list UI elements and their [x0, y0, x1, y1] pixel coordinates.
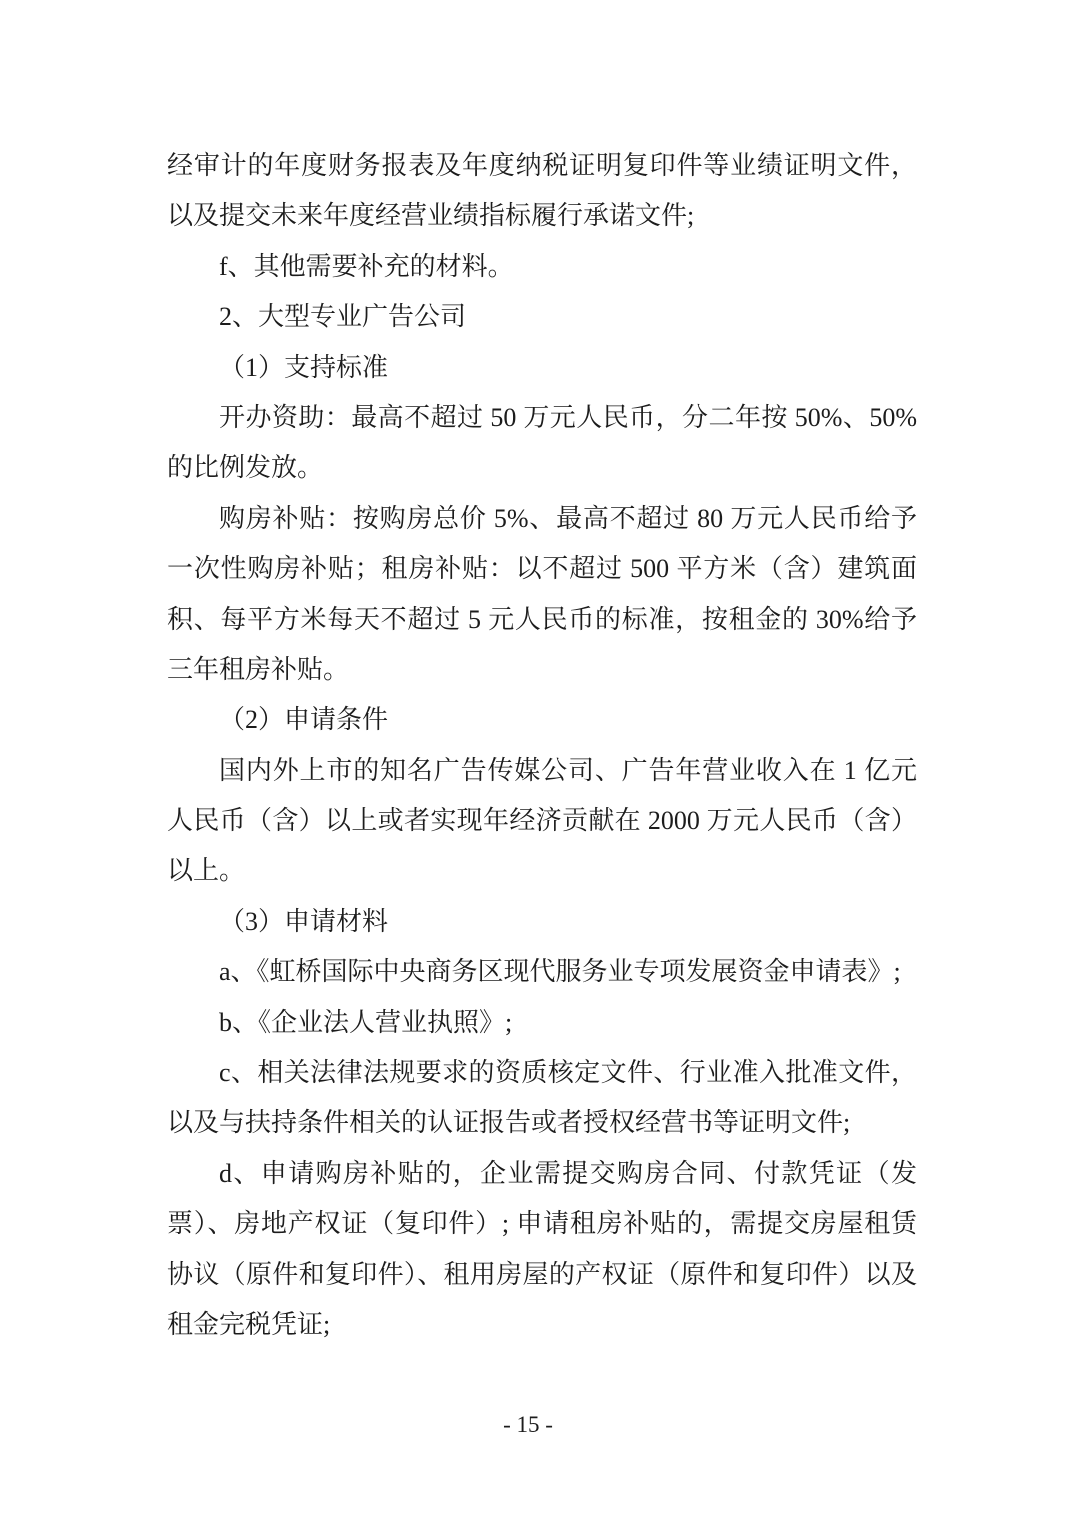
text-line: 经审计的年度财务报表及年度纳税证明复印件等业绩证明文件， — [167, 141, 917, 191]
text-line: 的比例发放。 — [167, 443, 917, 493]
text-line: 三年租房补贴。 — [167, 645, 917, 695]
text-line: 人民币（含）以上或者实现年经济贡献在 2000 万元人民币（含） — [167, 796, 917, 846]
text-line: （2）申请条件 — [167, 695, 917, 745]
text-line: 一次性购房补贴；租房补贴：以不超过 500 平方米（含）建筑面 — [167, 544, 917, 594]
text-line: a、《虹桥国际中央商务区现代服务业专项发展资金申请表》; — [167, 947, 917, 997]
text-line: 票）、房地产权证（复印件）; 申请租房补贴的，需提交房屋租赁 — [167, 1199, 917, 1249]
text-line: 以及与扶持条件相关的认证报告或者授权经营书等证明文件; — [167, 1098, 917, 1148]
text-line: 国内外上市的知名广告传媒公司、广告年营业收入在 1 亿元 — [167, 746, 917, 796]
text-line: 租金完税凭证; — [167, 1300, 917, 1350]
text-line: （3）申请材料 — [167, 897, 917, 947]
text-line: 开办资助：最高不超过 50 万元人民币，分二年按 50%、50% — [167, 393, 917, 443]
document-body: 经审计的年度财务报表及年度纳税证明复印件等业绩证明文件，以及提交未来年度经营业绩… — [167, 141, 917, 1350]
text-line: 购房补贴：按购房总价 5%、最高不超过 80 万元人民币给予 — [167, 494, 917, 544]
text-line: b、《企业法人营业执照》; — [167, 998, 917, 1048]
text-line: 2、大型专业广告公司 — [167, 292, 917, 342]
text-line: d、申请购房补贴的，企业需提交购房合同、付款凭证（发 — [167, 1149, 917, 1199]
text-line: 协议（原件和复印件）、租用房屋的产权证（原件和复印件）以及 — [167, 1250, 917, 1300]
text-line: 积、每平方米每天不超过 5 元人民币的标准，按租金的 30%给予 — [167, 595, 917, 645]
text-line: c、相关法律法规要求的资质核定文件、行业准入批准文件， — [167, 1048, 917, 1098]
text-line: 以上。 — [167, 846, 917, 896]
page-number: - 15 - — [167, 1408, 889, 1442]
text-line: （1）支持标准 — [167, 343, 917, 393]
text-line: f、其他需要补充的材料。 — [167, 242, 917, 292]
text-line: 以及提交未来年度经营业绩指标履行承诺文件; — [167, 191, 917, 241]
document-page: 经审计的年度财务报表及年度纳税证明复印件等业绩证明文件，以及提交未来年度经营业绩… — [0, 0, 1080, 1527]
